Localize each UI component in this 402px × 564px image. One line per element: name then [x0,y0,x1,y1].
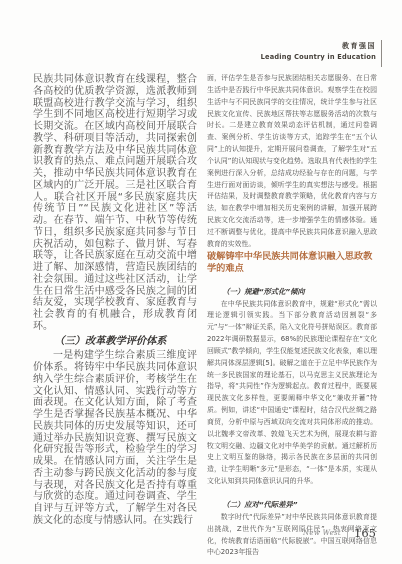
header-badge: 教育强国 Leading Country in Education [261,41,376,61]
right-paragraph-2: 在中华民族共同体意识教育中，规避“形式化”需以理论逻辑引领实践。当下部分教育活动… [207,299,377,489]
page-number: 165 [354,526,376,540]
header-divider [381,40,382,67]
left-paragraph-1: 民族共同体意识教育在线课程，整合各高校的优质教学资源，选派教师到联盟高校进行教学… [33,74,197,333]
badge-title-en: Leading Country in Education [261,53,376,61]
right-sub-heading-1: （一）规避“形式化”倾向 [207,286,377,298]
right-paragraph-1: 面，评估学生是否参与民族团结相关志愿服务、在日常生活中是否践行中华民族共同体意识… [207,73,377,251]
page-footer: New West 165 [303,526,376,540]
right-sub-heading-2: （二）应对“代际差异” [207,499,377,511]
left-column: 民族共同体意识教育在线课程，整合各高校的优质教学资源，选派教师到联盟高校进行教学… [33,74,197,527]
journal-name: New West [303,529,341,537]
footer-divider [347,527,348,540]
left-paragraph-2: 一是构建学生综合素质三维度评价体系。将铸牢中华民族共同体意识纳入学生综合素质评价… [33,350,197,526]
section-heading: 破解铸牢中华民族共同体意识融入思政教学的难点 [207,251,377,275]
left-sub-heading: （三）改革教学评价体系 [33,336,197,348]
badge-title-cn: 教育强国 [261,41,376,51]
right-column: 面，评估学生是否参与民族团结相关志愿服务、在日常生活中是否践行中华民族共同体意识… [207,73,377,559]
journal-page: 教育强国 Leading Country in Education 民族共同体意… [0,0,402,564]
